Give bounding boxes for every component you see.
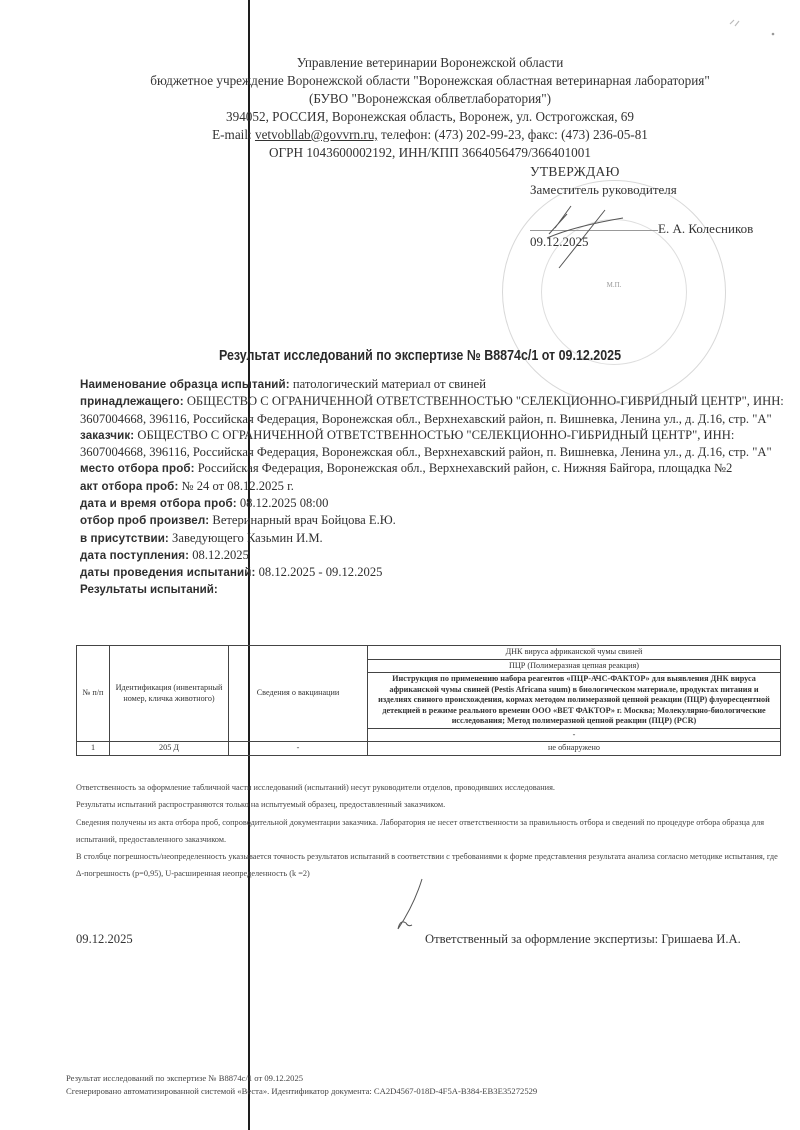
header-line-3: (БУВО "Воронежская облветлаборатория") — [100, 90, 760, 108]
field-sampling-act: акт отбора проб: № 24 от 08.12.2025 г. — [80, 478, 790, 495]
footer-date: 09.12.2025 — [76, 932, 133, 947]
page-footer: Результат исследований по экспертизе № В… — [66, 1072, 537, 1097]
note-source: Сведения получены из акта отбора проб, с… — [76, 814, 786, 849]
header-line-1: Управление ветеринарии Воронежской облас… — [100, 54, 760, 72]
approver-signature-icon — [545, 200, 665, 270]
note-scope: Результаты испытаний распространяются то… — [76, 796, 786, 813]
header-line-2: бюджетное учреждение Воронежской области… — [100, 72, 760, 90]
sample-info: Наименование образца испытаний: патологи… — [80, 376, 790, 598]
field-owner: принадлежащего: ОБЩЕСТВО С ОГРАНИЧЕННОЙ … — [80, 393, 790, 427]
field-customer: заказчик: ОБЩЕСТВО С ОГРАНИЧЕННОЙ ОТВЕТС… — [80, 427, 790, 461]
field-sampling-datetime: дата и время отбора проб: 08.12.2025 08:… — [80, 495, 790, 512]
responsible-signature-icon — [390, 875, 450, 935]
email-label: E-mail: — [212, 127, 252, 142]
approval-role: Заместитель руководителя — [530, 182, 790, 198]
field-test-dates: даты проведения испытаний: 08.12.2025 - … — [80, 564, 790, 581]
cell-number: 1 — [77, 742, 110, 756]
organization-header: Управление ветеринарии Воронежской облас… — [100, 54, 760, 162]
approver-name: Е. А. Колесников — [658, 221, 753, 237]
cell-result: не обнаружено — [368, 742, 781, 756]
results-table: № п/п Идентификация (инвентарный номер, … — [76, 645, 781, 756]
field-receipt-date: дата поступления: 08.12.2025 — [80, 547, 790, 564]
field-sampled-by: отбор проб произвел: Ветеринарный врач Б… — [80, 512, 790, 529]
header-method-type: ПЦР (Полимеразная цепная реакция) — [368, 659, 781, 673]
header-norm: - — [368, 728, 781, 742]
results-heading: Результаты испытаний: — [80, 582, 790, 598]
note-responsibility: Ответственность за оформление табличной … — [76, 779, 786, 796]
phone-fax: телефон: (473) 202-99-23, факс: (473) 23… — [381, 127, 648, 142]
header-indicator: ДНК вируса африканской чумы свиней — [368, 646, 781, 660]
approval-block: УТВЕРЖДАЮ Заместитель руководителя Е. А.… — [530, 164, 790, 198]
scan-marks-icon — [725, 18, 785, 48]
stamp-mp-label: М.П. — [503, 281, 725, 289]
field-in-presence: в присутствии: Заведующего Казьмин И.М. — [80, 530, 790, 547]
email-link[interactable]: vetvobllab@govvrn.ru, — [255, 127, 378, 142]
cell-vaccination: - — [229, 742, 368, 756]
header-address: 394052, РОССИЯ, Воронежская область, Вор… — [100, 108, 760, 126]
footer-generated: Сгенерировано автоматизированной системо… — [66, 1085, 537, 1098]
cell-identification: 205 Д — [110, 742, 229, 756]
responsible-person: Ответственный за оформление экспертизы: … — [425, 932, 741, 947]
notes-section: Ответственность за оформление табличной … — [76, 779, 786, 883]
table-row: 1 205 Д - не обнаружено — [77, 742, 781, 756]
header-identification: Идентификация (инвентарный номер, кличка… — [110, 646, 229, 742]
field-sampling-place: место отбора проб: Российская Федерация,… — [80, 460, 790, 477]
header-contacts: E-mail: vetvobllab@govvrn.ru, телефон: (… — [100, 126, 760, 144]
header-number: № п/п — [77, 646, 110, 742]
footer-reference: Результат исследований по экспертизе № В… — [66, 1072, 537, 1085]
approval-title: УТВЕРЖДАЮ — [530, 164, 790, 180]
header-method-document: Инструкция по применению набора реагенто… — [368, 673, 781, 729]
header-vaccination: Сведения о вакцинации — [229, 646, 368, 742]
field-sample-name: Наименование образца испытаний: патологи… — [80, 376, 790, 393]
header-registration: ОГРН 1043600002192, ИНН/КПП 3664056479/3… — [100, 144, 760, 162]
document-title: Результат исследований по экспертизе № В… — [110, 348, 729, 364]
